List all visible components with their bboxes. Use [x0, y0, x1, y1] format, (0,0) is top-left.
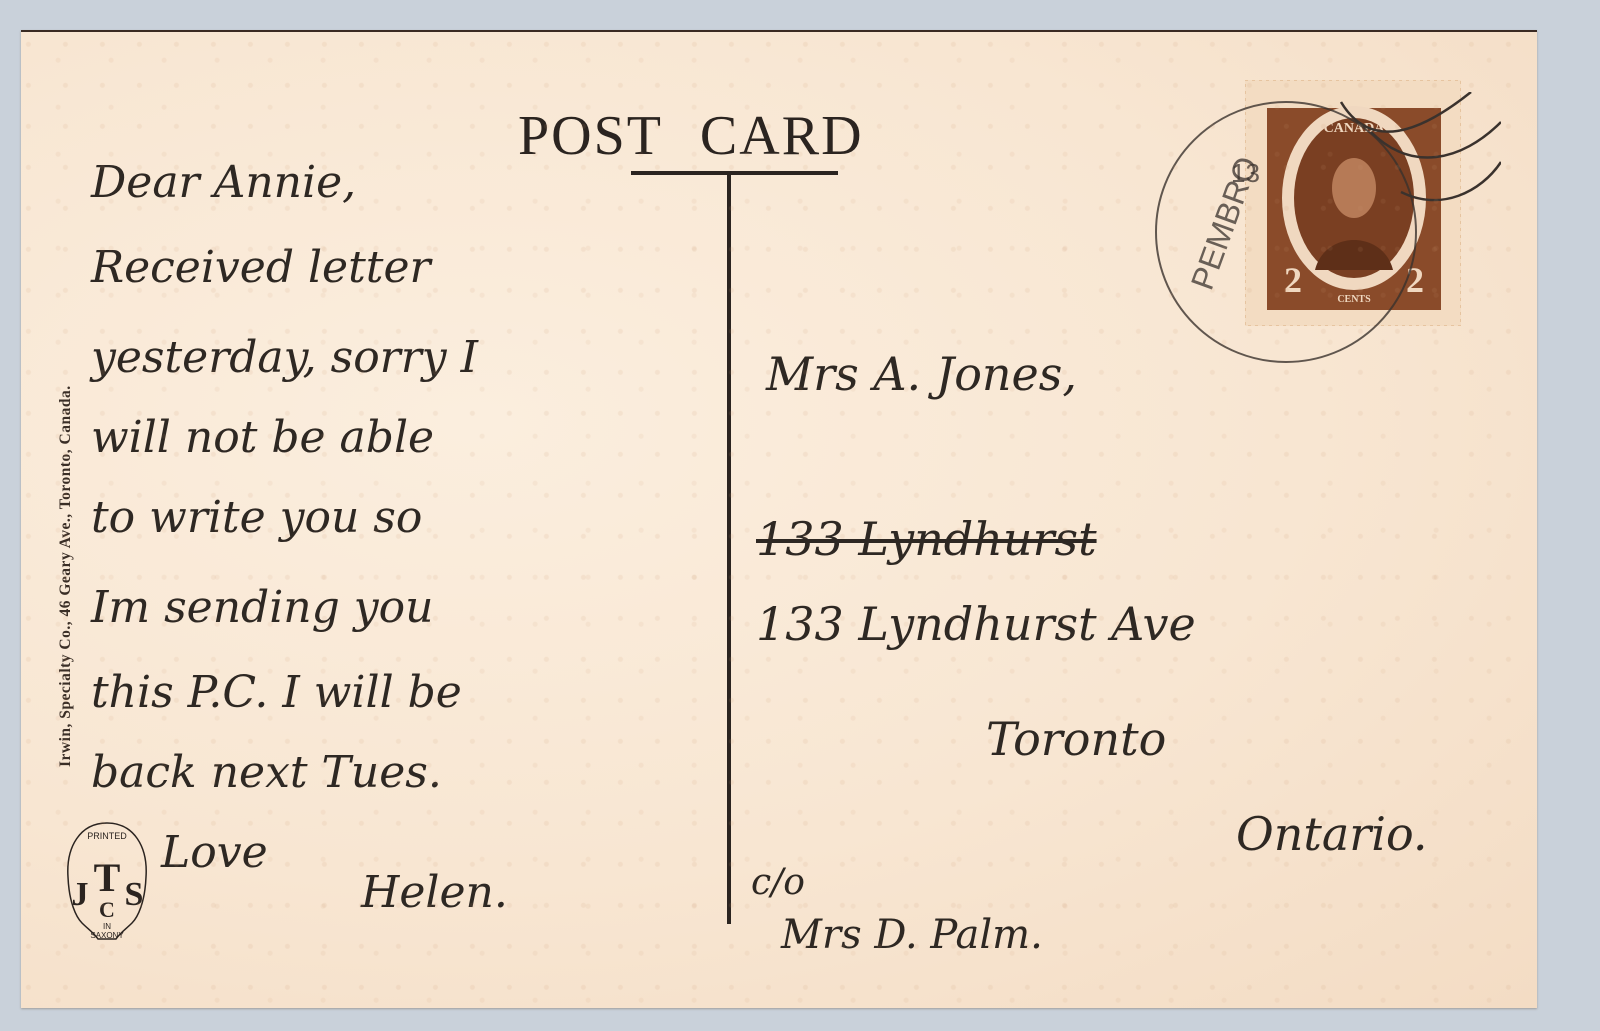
city: Toronto [986, 712, 1166, 766]
svg-text:CANADA: CANADA [1324, 121, 1386, 136]
postcard-title: POST CARD [518, 104, 864, 168]
care-of-name: Mrs D. Palm. [781, 912, 1043, 958]
svg-text:CENTS: CENTS [1337, 294, 1371, 305]
svg-text:T: T [94, 855, 121, 900]
svg-text:2: 2 [1406, 260, 1424, 300]
svg-text:2: 2 [1284, 260, 1302, 300]
message-line: Received letter [91, 242, 431, 293]
message-line: this P.C. I will be [91, 667, 462, 718]
svg-text:S: S [125, 876, 144, 913]
message-line: to write you so [91, 492, 422, 543]
recipient-name: Mrs A. Jones, [766, 347, 1077, 401]
message-line: Im sending you [91, 582, 433, 633]
message-line: Love [161, 827, 268, 878]
care-of-label: c/o [751, 862, 805, 903]
message-line: back next Tues. [91, 747, 442, 798]
province: Ontario. [1236, 807, 1427, 861]
svg-text:PRINTED: PRINTED [87, 831, 127, 841]
divider-vertical [727, 172, 731, 924]
divider-horizontal [631, 171, 838, 175]
svg-text:IN: IN [103, 922, 111, 931]
message-signature: Helen. [361, 867, 508, 918]
svg-text:J: J [72, 876, 89, 913]
message-line: Dear Annie, [91, 157, 356, 208]
postcard-back: POST CARD Irwin, Specialty Co., 46 Geary… [21, 30, 1537, 1008]
printer-logo-icon: PRINTED T J S C IN SAXONY [58, 817, 156, 947]
street-address: 133 Lyndhurst Ave [756, 597, 1196, 651]
svg-text:C: C [99, 897, 115, 922]
message-line: will not be able [91, 412, 434, 463]
svg-text:SAXONY: SAXONY [90, 931, 124, 940]
struck-address-line: 133 Lyndhurst [756, 512, 1097, 566]
message-line: yesterday, sorry I [91, 332, 478, 383]
postage-stamp-icon: CANADA 2 2 CENTS [1245, 80, 1461, 326]
